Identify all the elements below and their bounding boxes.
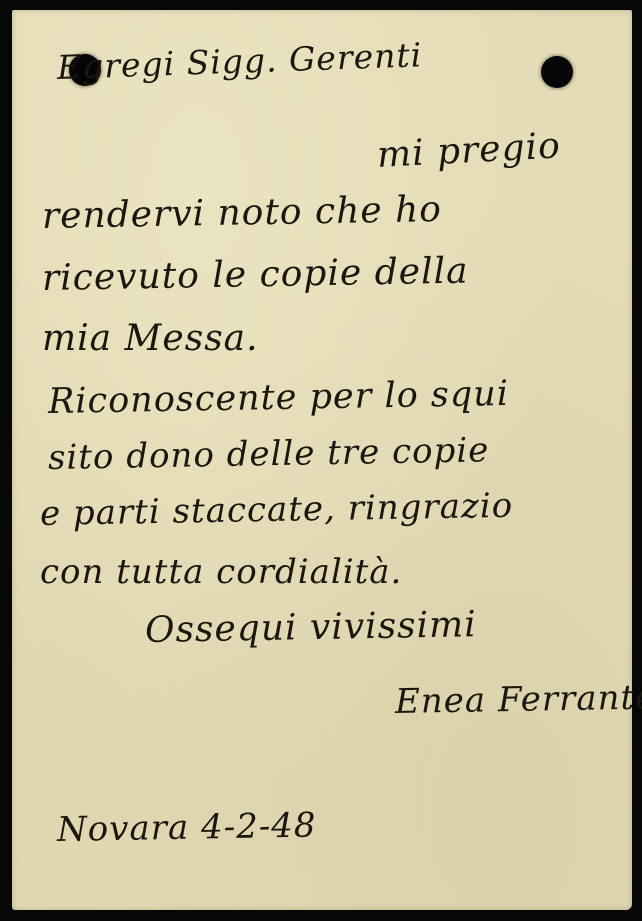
body-line: Riconoscente per lo squi — [48, 374, 510, 422]
signature: Enea Ferrante — [395, 677, 642, 722]
postcard: Egregi Sigg. Gerenti mi pregio rendervi … — [12, 10, 632, 910]
place-date: Novara 4-2-48 — [57, 805, 317, 850]
body-line: mia Messa. — [42, 318, 259, 359]
body-line: ricevuto le copie della — [42, 251, 469, 299]
body-line: con tutta cordialità. — [40, 552, 402, 592]
punch-hole-right — [541, 56, 573, 88]
body-line: e parti staccate, ringrazio — [40, 486, 514, 534]
body-line: sito dono delle tre copie — [48, 430, 490, 478]
closing: Ossequi vivissimi — [145, 604, 477, 651]
salutation: Egregi Sigg. Gerenti — [56, 35, 422, 87]
body-line: rendervi noto che ho — [42, 189, 443, 237]
body-line: mi pregio — [376, 125, 562, 176]
